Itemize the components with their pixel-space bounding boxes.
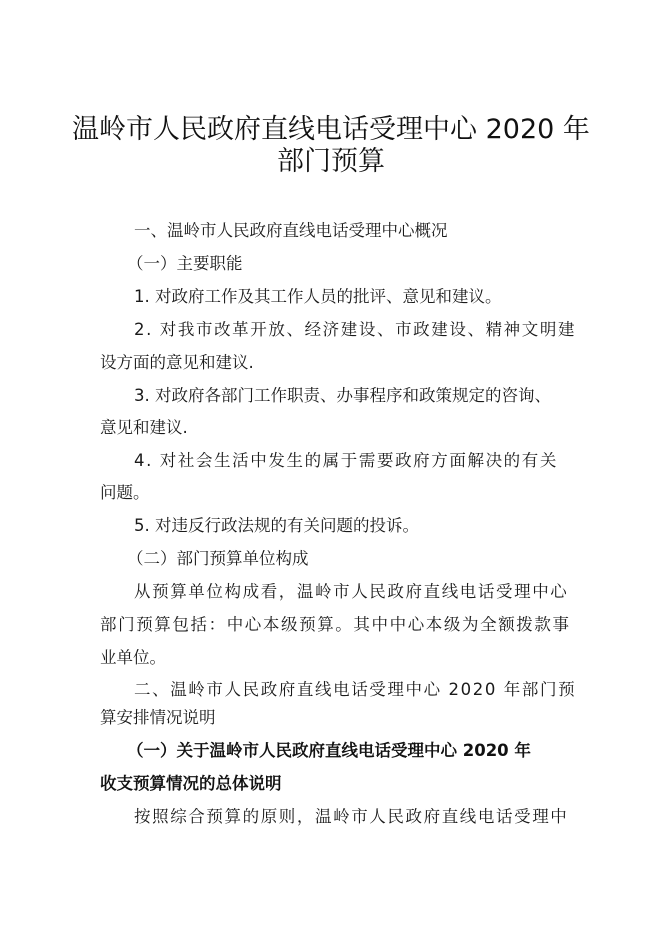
document-page: 温岭市人民政府直线电话受理中心 2020 年 部门预算 一、温岭市人民政府直线电… xyxy=(0,0,662,936)
function-item-4: 4. 对社会生活中发生的属于需要政府方面解决的有关 xyxy=(134,450,604,472)
function-item-2-cont: 设方面的意见和建议. xyxy=(100,352,570,374)
section-2-heading-line-1: 二、温岭市人民政府直线电话受理中心 2020 年部门预 xyxy=(134,679,604,701)
unit-composition-para-line-1: 从预算单位构成看，温岭市人民政府直线电话受理中心 xyxy=(134,581,604,603)
function-item-5: 5. 对违反行政法规的有关问题的投诉。 xyxy=(134,515,604,537)
function-item-3: 3. 对政府各部门工作职责、办事程序和政策规定的咨询、 xyxy=(134,385,604,407)
unit-composition-para-line-2: 部门预算包括：中心本级预算。其中中心本级为全额拨款事 xyxy=(100,614,570,636)
unit-composition-para-line-3: 业单位。 xyxy=(100,647,570,669)
function-item-2: 2. 对我市改革开放、经济建设、市政建设、精神文明建 xyxy=(134,319,604,341)
function-item-1: 1. 对政府工作及其工作人员的批评、意见和建议。 xyxy=(134,286,604,308)
document-title-line-2: 部门预算 xyxy=(60,146,602,178)
function-item-4-cont: 问题。 xyxy=(100,482,570,504)
function-item-3-cont: 意见和建议. xyxy=(100,417,570,439)
section-1-heading: 一、温岭市人民政府直线电话受理中心概况 xyxy=(134,220,604,242)
section-2-heading-line-2: 算安排情况说明 xyxy=(100,707,570,729)
document-title-line-1: 温岭市人民政府直线电话受理中心 2020 年 xyxy=(60,114,602,146)
section-2-1-heading-line-2: 收支预算情况的总体说明 xyxy=(100,773,570,795)
budget-overview-para-line-1: 按照综合预算的原则，温岭市人民政府直线电话受理中 xyxy=(134,806,604,828)
section-1-1-heading: （一）主要职能 xyxy=(127,253,597,275)
section-2-1-heading-line-1: （一）关于温岭市人民政府直线电话受理中心 2020 年 xyxy=(127,740,597,762)
section-1-2-heading: （二）部门预算单位构成 xyxy=(127,548,597,570)
